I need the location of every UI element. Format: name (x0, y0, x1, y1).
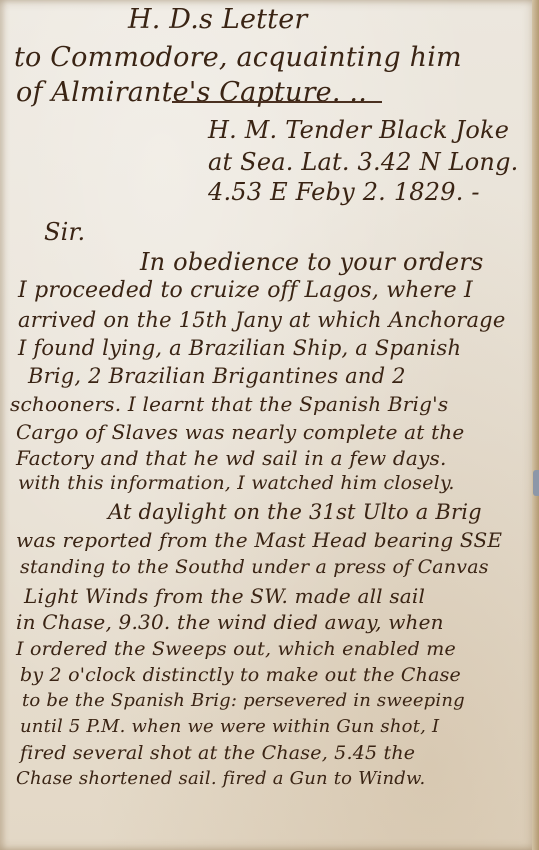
letter-title: H. D.s Letter (128, 4, 308, 35)
body-line: to be the Spanish Brig: persevered in sw… (22, 690, 465, 711)
body-line: in Chase, 9.30. the wind died away, when (16, 610, 444, 634)
heading-line-1: H. M. Tender Black Joke (208, 116, 509, 144)
body-line: Brig, 2 Brazilian Brigantines and 2 (28, 364, 406, 388)
heading-line-2: at Sea. Lat. 3.42 N Long. (208, 148, 518, 176)
body-line: At daylight on the 31st Ulto a Brig (108, 500, 482, 524)
body-line: Light Winds from the SW. made all sail (24, 584, 425, 608)
manuscript-page: H. D.s Letter to Commodore, acquainting … (0, 0, 539, 850)
body-line: I ordered the Sweeps out, which enabled … (16, 638, 456, 660)
body-line: Cargo of Slaves was nearly complete at t… (16, 420, 464, 444)
salutation: Sir. (44, 218, 85, 246)
body-line: by 2 o'clock distinctly to make out the … (20, 664, 461, 686)
heading-line-3: 4.53 E Feby 2. 1829. - (208, 178, 480, 206)
letter-subtitle-line-2: of Almirante's Capture. .. (16, 77, 367, 108)
body-line: Chase shortened sail. fired a Gun to Win… (16, 768, 425, 789)
body-line: schooners. I learnt that the Spanish Bri… (10, 392, 448, 416)
body-line: with this information, I watched him clo… (18, 472, 455, 494)
body-line: I proceeded to cruize off Lagos, where I (18, 278, 473, 303)
body-line: standing to the Southd under a press of … (20, 556, 489, 578)
body-line: until 5 P.M. when we were within Gun sho… (20, 716, 439, 737)
body-line: I found lying, a Brazilian Ship, a Spani… (18, 336, 461, 360)
page-edge (532, 0, 539, 850)
body-line: arrived on the 15th Jany at which Anchor… (18, 308, 505, 332)
body-line: was reported from the Mast Head bearing … (16, 528, 502, 552)
body-line: In obedience to your orders (140, 248, 484, 276)
page-marker-tab (533, 470, 539, 496)
letter-subtitle-line-1: to Commodore, acquainting him (14, 42, 462, 73)
title-underline (172, 101, 382, 103)
body-line: Factory and that he wd sail in a few day… (16, 446, 447, 470)
body-line: fired several shot at the Chase, 5.45 th… (20, 742, 415, 764)
